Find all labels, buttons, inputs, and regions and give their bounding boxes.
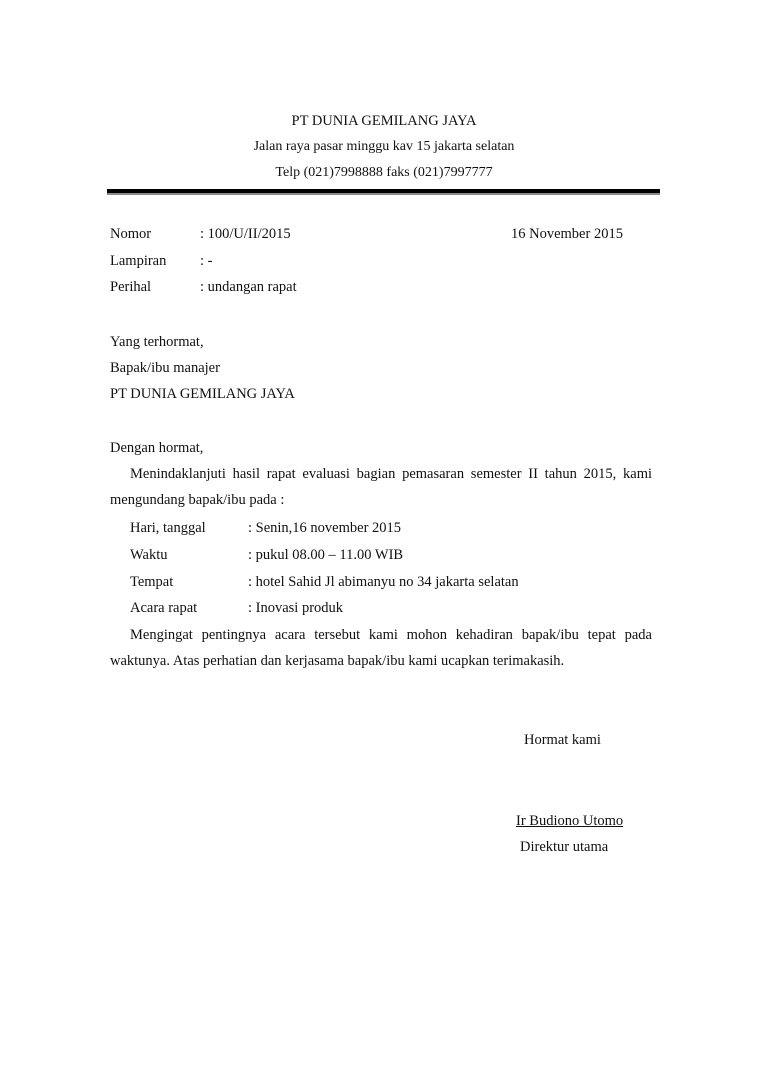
intro-line-2: mengundang bapak/ibu pada :: [110, 491, 284, 509]
detail-label-time: Waktu: [130, 546, 168, 564]
nomor-label: Nomor: [110, 225, 151, 243]
closing-line-1: Mengingat pentingnya acara tersebut kami…: [130, 626, 652, 644]
detail-label-day: Hari, tanggal: [130, 519, 206, 537]
letterhead-company: PT DUNIA GEMILANG JAYA: [0, 112, 768, 130]
lampiran-value: : -: [200, 252, 212, 270]
letterhead-divider-thin: [107, 193, 660, 195]
nomor-value: : 100/U/II/2015: [200, 225, 291, 243]
signature-position: Direktur utama: [520, 838, 608, 856]
detail-value-time: : pukul 08.00 – 11.00 WIB: [248, 546, 403, 564]
letter-date: 16 November 2015: [511, 225, 623, 243]
detail-value-agenda: : Inovasi produk: [248, 599, 343, 617]
letterhead-address: Jalan raya pasar minggu kav 15 jakarta s…: [0, 138, 768, 156]
detail-label-place: Tempat: [130, 573, 173, 591]
lampiran-label: Lampiran: [110, 252, 166, 270]
perihal-value: : undangan rapat: [200, 278, 297, 296]
recipient-company: PT DUNIA GEMILANG JAYA: [110, 385, 295, 403]
detail-value-place: : hotel Sahid Jl abimanyu no 34 jakarta …: [248, 573, 519, 591]
recipient-title: Bapak/ibu manajer: [110, 359, 220, 377]
recipient-salutation: Yang terhormat,: [110, 333, 204, 351]
greeting: Dengan hormat,: [110, 439, 203, 457]
letterhead-contact: Telp (021)7998888 faks (021)7997777: [0, 164, 768, 182]
detail-label-agenda: Acara rapat: [130, 599, 197, 617]
perihal-label: Perihal: [110, 278, 151, 296]
detail-value-day: : Senin,16 november 2015: [248, 519, 401, 537]
closing-line-2: waktunya. Atas perhatian dan kerjasama b…: [110, 652, 564, 670]
intro-line-1: Menindaklanjuti hasil rapat evaluasi bag…: [130, 465, 652, 483]
signature-name: Ir Budiono Utomo: [516, 812, 623, 830]
signature-closing: Hormat kami: [524, 731, 601, 749]
